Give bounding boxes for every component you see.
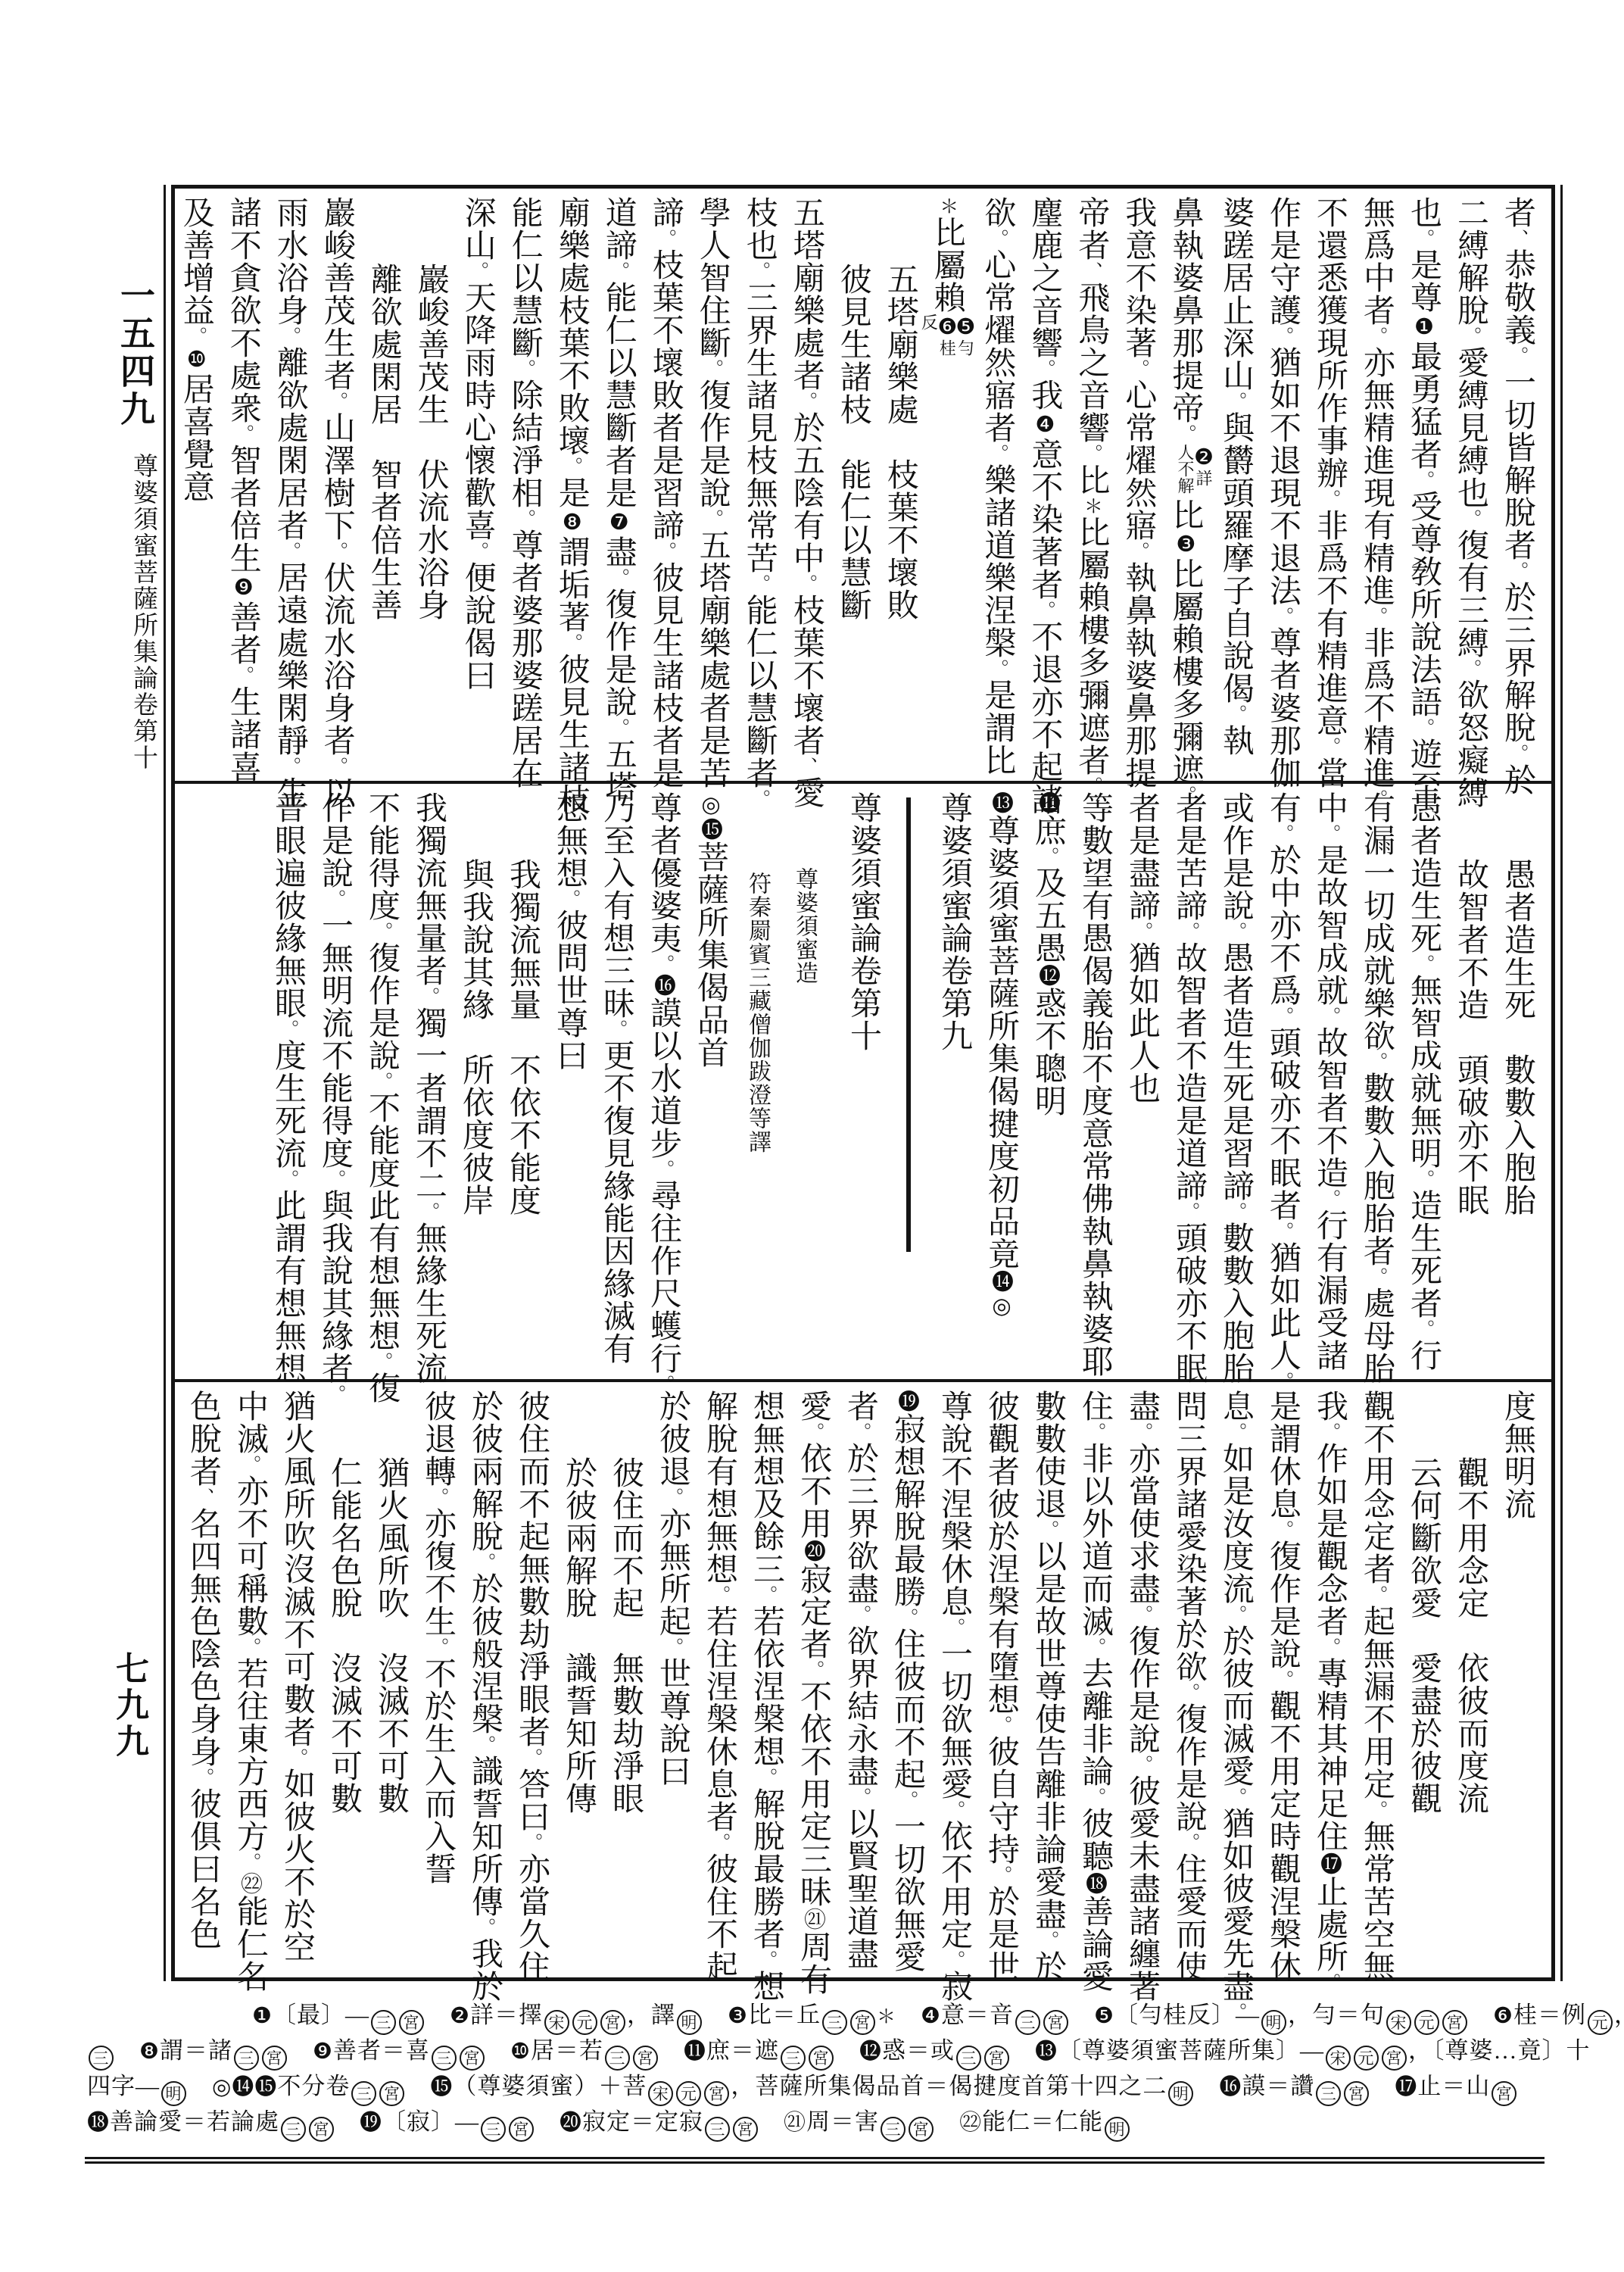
punctuation: 。 <box>1367 1267 1387 1287</box>
margin-volume-title: 尊婆須蜜菩薩所集論卷第十 <box>126 453 161 771</box>
edition-siglum: 三 <box>89 2046 114 2071</box>
text-column-verse: 猶火風所吹 沒滅不可數 <box>367 1390 414 1973</box>
punctuation: 。 <box>468 541 488 561</box>
text-column-normal: 盡。亦當使求盡。復作是說。彼愛未盡諸纏著 <box>1118 1390 1165 1973</box>
punctuation: 。 <box>750 574 770 594</box>
text-band-middle: 愚者造生死 數數入胞胎故智者不造 頭破亦不眠愚者造生死。無智成就無明。造生死者。… <box>175 784 1551 1379</box>
edition-siglum: 宮 <box>1442 2010 1467 2035</box>
text-column-normal: 雨水浴身。離欲處閑居者。居遠處樂閑靜。生 <box>267 196 313 776</box>
text-column-normal: 尊婆須蜜論卷第九 <box>930 791 977 1375</box>
edition-siglum: 三 <box>1015 2010 1040 2035</box>
punctuation: 。 <box>419 1202 439 1222</box>
text-column-normal: 及善增益。❿居喜覺意 <box>173 196 220 776</box>
edition-siglum: 三 <box>351 2081 376 2106</box>
footnote-marker: ◎ <box>989 1293 1013 1319</box>
edition-siglum: 明 <box>1105 2117 1130 2142</box>
footnote-marker: ⓭ <box>989 791 1013 814</box>
punctuation: 。 <box>1179 1833 1199 1852</box>
punctuation: 。 <box>233 424 254 444</box>
text-column-normal: 者是苦諦。故智者不造是道諦。頭破亦不眠 <box>1165 791 1212 1375</box>
margin-folio-number: 七九九 <box>104 1651 153 1760</box>
text-column-normal: 也。是尊❶最勇猛者。受尊敎所說法語。遊至 <box>1400 196 1447 776</box>
footnote-marker: ⓴ <box>801 1540 825 1562</box>
text-column-verse: 五塔廟樂處 枝葉不壞敗 <box>877 196 924 776</box>
footnote-apparatus: ❶〔最〕—三宮 ❷詳＝擇宋元宮，譯明 ❸比＝丘三宮＊ ❹意＝音三宮 ❺〔勻桂反〕… <box>87 1999 1547 2142</box>
text-column-verse: 於彼兩解脫 識誓知所傳 <box>555 1390 602 1973</box>
punctuation: 。 <box>1320 1637 1340 1657</box>
punctuation: 。 <box>850 1605 871 1624</box>
edition-siglum: 宮 <box>1344 2081 1369 2106</box>
text-column-normal: 數數使退。以是故世尊使告離非論愛盡。於 <box>1024 1390 1071 1973</box>
footnote-marker: ㉑ <box>784 2111 806 2135</box>
footnote-marker: ❼ <box>606 509 631 535</box>
page-frame: 者、恭敬義。一切皆解脫者。於三界解脫。於二縛解脫。愛縛見縛也。復有三縛。欲怒癡縛… <box>171 185 1555 1981</box>
edition-siglum: 元 <box>1588 2010 1613 2035</box>
punctuation: 。 <box>756 1768 777 1787</box>
punctuation: 。 <box>1128 359 1149 379</box>
edition-siglum: 宮 <box>1043 2010 1068 2035</box>
punctuation: 。 <box>796 574 817 594</box>
punctuation: 。 <box>1128 541 1149 561</box>
text-column-verse: 云何斷欲愛 愛盡於彼觀 <box>1400 1390 1447 1973</box>
punctuation: 。 <box>1507 346 1528 366</box>
edition-siglum: 宮 <box>379 2081 404 2106</box>
text-column-normal: 欲。心常燿然寤者。樂諸道樂涅槃。是謂比 <box>974 196 1021 776</box>
edition-siglum: 宮 <box>1492 2081 1516 2106</box>
punctuation: 。 <box>1367 607 1387 626</box>
text-column-normal: 普眼遍彼緣無眼。度生死流。此謂有想無想 <box>264 791 311 1375</box>
footnote-marker: ❿ <box>510 2039 531 2064</box>
punctuation: 。 <box>468 261 488 281</box>
punctuation: 。 <box>709 1833 730 1852</box>
text-column-normal: 中滅。亦不可稱數。若往東方西方。㉒能仁名 <box>226 1390 273 1973</box>
punctuation: 。 <box>1273 1222 1293 1241</box>
punctuation: 。 <box>240 1637 260 1657</box>
punctuation: 。 <box>419 987 439 1006</box>
punctuation: 。 <box>1226 1202 1246 1222</box>
punctuation: 。 <box>186 326 207 346</box>
punctuation: 。 <box>991 1865 1011 1885</box>
footnote-marker: ❷ <box>1191 444 1215 470</box>
footnote-marker: ◎ <box>698 791 722 818</box>
text-column-normal: 彼退轉。亦復不生。不於生入而入誓 <box>414 1390 461 1973</box>
punctuation: 。 <box>1226 922 1246 941</box>
edition-siglum: 宋 <box>1386 2010 1411 2035</box>
text-column-normal: 不能得度。復作是說。不能度此有想無想。復 <box>358 791 405 1375</box>
footnote-row: 四字—明 ◎⓮⓯不分卷三宮 ⓯（尊婆須蜜）＋菩宋元宮，菩薩所集偈品首＝偈揵度首第… <box>87 2071 1547 2106</box>
text-column-normal: 有漏一切成就樂欲。數數入胞胎者。處母胎 <box>1353 791 1400 1375</box>
text-column-normal: 麈鹿之音響。我❹意不染著者。不退亦不起諸 <box>1021 196 1068 776</box>
footnote-marker: ㉒ <box>238 1872 262 1895</box>
edition-siglum: 宋 <box>1326 2046 1351 2071</box>
footnote-marker: ⓰ <box>1219 2075 1242 2099</box>
footnote-marker: ◎ <box>212 2075 232 2099</box>
footnote-marker: ⓭ <box>1035 2039 1058 2064</box>
text-column-normal: 愛。依不用⓴寂定者。不依不用定三昧㉑周有 <box>790 1390 837 1973</box>
punctuation: 。 <box>1367 1052 1387 1072</box>
punctuation: 。 <box>515 359 535 379</box>
text-column-normal: 道諦。能仁以慧斷者是❼盡。復作是說。五塔 <box>595 196 642 776</box>
punctuation: 。 <box>850 1787 871 1807</box>
punctuation: 。 <box>522 1833 542 1852</box>
punctuation: 。 <box>515 509 535 529</box>
text-column-normal: 等數望有愚偈義胎不度意常佛執鼻執婆耶 <box>1071 791 1118 1375</box>
punctuation: 。 <box>897 1790 918 1810</box>
inline-gloss: ❺勻❻桂反 <box>934 314 974 368</box>
punctuation: 。 <box>240 1852 260 1872</box>
punctuation: 。 <box>1367 1800 1387 1820</box>
text-column-normal: 有。於中亦不爲。頭破亦不眠者。猶如此人。 <box>1259 791 1306 1375</box>
footnote-marker: ❹ <box>1032 411 1056 438</box>
punctuation: 。 <box>1320 489 1340 509</box>
punctuation: 。 <box>325 1169 345 1189</box>
edition-siglum: 宮 <box>909 2117 934 2142</box>
punctuation: 。 <box>609 718 629 738</box>
punctuation: 。 <box>1179 922 1199 941</box>
footnote-marker: ❸ <box>1173 531 1197 557</box>
punctuation: 。 <box>278 1019 298 1039</box>
punctuation: 。 <box>327 757 348 776</box>
margin-volume-page-number: 一五四九 <box>111 277 161 429</box>
punctuation: 。 <box>1320 1189 1340 1209</box>
edition-siglum: 三 <box>432 2046 457 2071</box>
punctuation: 。 <box>991 1715 1011 1735</box>
punctuation: 。 <box>703 509 723 529</box>
text-column-translator: 符秦罽賓三藏僧伽跋澄等譯 <box>734 791 781 1375</box>
text-band-middle-columns: 愚者造生死 數數入胞胎故智者不造 頭破亦不眠愚者造生死。無智成就無明。造生死者。… <box>181 791 1541 1375</box>
punctuation: 。 <box>278 1169 298 1189</box>
edition-siglum: 宮 <box>600 2010 625 2035</box>
edition-siglum: 宮 <box>509 2117 534 2142</box>
text-column-normal: 帝者、飛鳥之音響。比＊比屬賴樓多彌遮者。 <box>1068 196 1114 776</box>
text-column-normal: 愚者造生死。無智成就無明。造生死者。行 <box>1400 791 1447 1375</box>
text-column-normal: 二縛解脫。愛縛見縛也。復有三縛。欲怒癡縛 <box>1447 196 1494 776</box>
text-band-top: 者、恭敬義。一切皆解脫者。於三界解脫。於二縛解脫。愛縛見縛也。復有三縛。欲怒癡縛… <box>175 189 1551 781</box>
punctuation: 。 <box>609 568 629 588</box>
text-column-normal: ◎⓯菩薩所集偈品首 <box>687 791 734 1375</box>
punctuation: 。 <box>1414 718 1434 738</box>
punctuation: 。 <box>703 359 723 379</box>
text-column-normal: ⓳寂想解脫最勝。住彼而不起。一切欲無愛 <box>884 1390 930 1973</box>
asterisk-marker: ＊ <box>937 196 958 216</box>
edition-siglum: 元 <box>676 2081 701 2106</box>
text-column-normal: 解脫有想無想。若住涅槃休息者。彼住不起 <box>696 1390 743 1973</box>
punctuation: 。 <box>475 1553 495 1572</box>
punctuation: 。 <box>240 1455 260 1475</box>
text-column-normal: 者、恭敬義。一切皆解脫者。於三界解脫。於 <box>1494 196 1541 776</box>
footnote-marker: ⓬ <box>859 2039 882 2064</box>
text-column-normal: 尊說不涅槃休息。一切欲無愛。依不用定。寂 <box>930 1390 977 1973</box>
edition-siglum: 宮 <box>262 2046 287 2071</box>
text-column-verse: 故智者不造 頭破亦不眠 <box>1447 791 1494 1375</box>
punctuation: 。 <box>1034 601 1055 620</box>
text-column-normal: 中。是故智成就。故智者不造。行有漏受諸 <box>1306 791 1353 1375</box>
punctuation: 。 <box>606 1019 627 1039</box>
edition-siglum: 三 <box>281 2117 306 2142</box>
punctuation: 。 <box>233 666 254 685</box>
asterisk-marker: ＊ <box>1081 496 1102 516</box>
punctuation: 。 <box>562 633 582 653</box>
edition-siglum: 宮 <box>1382 2046 1407 2071</box>
text-column-verse: 觀不用念定 依彼而度流 <box>1447 1390 1494 1973</box>
text-column-kan-title: 尊婆須蜜論卷第十 <box>840 791 887 1375</box>
punctuation: 。 <box>1507 744 1528 763</box>
text-column-normal: 不還悉獲現所作事辦。非爲不有精進意。當 <box>1306 196 1353 776</box>
footnote-marker: ⓰ <box>651 974 675 997</box>
punctuation: 。 <box>987 444 1008 463</box>
punctuation: 。 <box>1414 954 1434 974</box>
text-column-normal: 於彼退。亦無所起。世尊說曰 <box>649 1390 696 1973</box>
punctuation: 。 <box>803 1422 824 1442</box>
edition-siglum: 宮 <box>704 2081 729 2106</box>
punctuation: 。 <box>475 1918 495 1937</box>
text-band-bottom: 度無明流觀不用念定 依彼而度流云何斷欲愛 愛盡於彼觀觀不用念定者。起無漏不用定。… <box>175 1382 1551 1977</box>
punctuation: 。 <box>662 1637 683 1657</box>
text-column-normal: 或作是說。愚者造生死是習諦。數數入胞胎 <box>1212 791 1259 1375</box>
punctuation: 。 <box>944 1950 965 1970</box>
punctuation: 。 <box>1226 704 1246 724</box>
punctuation: 。 <box>987 659 1008 679</box>
punctuation: 。 <box>372 922 392 941</box>
text-column-normal: ⓭尊婆須蜜菩薩所集偈揵度初品竟⓮◎ <box>977 791 1024 1375</box>
edition-siglum: 三 <box>705 2117 730 2142</box>
punctuation: 。 <box>1320 737 1340 757</box>
footnote-row: 三 ❽謂＝諸三宮 ❾善者＝喜三宮 ❿居＝若三宮 ⓫庶＝遮三宮 ⓬惑＝或三宮 ⓭〔… <box>87 2035 1547 2071</box>
footnote-marker: ⓯ <box>430 2075 453 2099</box>
punctuation: 。 <box>662 1487 683 1507</box>
edition-siglum: 三 <box>956 2046 981 2071</box>
edition-siglum: 元 <box>1414 2010 1439 2035</box>
text-column-author: 尊婆須蜜造 <box>781 791 828 1375</box>
text-column-normal: 彼住而不起無數劫淨眼者。答曰。亦當久住 <box>508 1390 555 1973</box>
punctuation: 。 <box>756 1950 777 1970</box>
footnote-marker: ⓫ <box>684 2039 706 2064</box>
punctuation: 。 <box>280 757 301 776</box>
punctuation: 。 <box>1414 229 1434 248</box>
text-column-normal: 是謂休息。復作是說。觀不用定時觀涅槃休 <box>1259 1390 1306 1973</box>
punctuation: 。 <box>1414 1169 1434 1189</box>
edition-siglum: 宋 <box>544 2010 569 2035</box>
text-column-verse: 仁能名色脫 沒滅不可數 <box>320 1390 367 1973</box>
text-column-verse: 愚者造生死 數數入胞胎 <box>1494 791 1541 1375</box>
edition-siglum: 元 <box>572 2010 597 2035</box>
punctuation: 。 <box>1085 1787 1105 1807</box>
punctuation: 。 <box>750 261 770 281</box>
punctuation: 。 <box>1460 659 1481 679</box>
footnote-marker: ❶ <box>252 2004 273 2028</box>
punctuation: 。 <box>1038 847 1058 866</box>
text-column-normal: ⓫庶。及五愚⓬惑不聰明 <box>1024 791 1071 1375</box>
punctuation: 、 <box>796 757 817 776</box>
footnote-marker: ❺ <box>1094 2004 1114 2028</box>
punctuation: 。 <box>327 541 348 561</box>
punctuation: 。 <box>796 392 817 411</box>
edition-siglum: 宮 <box>633 2046 658 2071</box>
punctuation: 。 <box>756 1585 777 1605</box>
punctuation: 。 <box>850 1422 871 1442</box>
text-column-normal: 於彼兩解脫。於彼般涅槃。識誓知所傳。我於 <box>461 1390 508 1973</box>
footnote-marker: ❸ <box>728 2004 748 2028</box>
punctuation: 。 <box>193 1768 214 1787</box>
punctuation: 。 <box>1226 392 1246 411</box>
punctuation: 。 <box>1414 470 1434 490</box>
footnote-marker: ⓲ <box>87 2111 110 2135</box>
punctuation: 。 <box>1081 444 1102 463</box>
text-column-normal: 我意不染著。心常燿然寤。執鼻執婆鼻那提 <box>1114 196 1161 776</box>
footnote-marker: ⓲ <box>1083 1872 1107 1895</box>
text-band-top-columns: 者、恭敬義。一切皆解脫者。於三界解脫。於二縛解脫。愛縛見縛也。復有三縛。欲怒癡縛… <box>181 196 1541 776</box>
text-column-normal: 婆蹉居止深山。與欝頭羅摩子自說偈。執 <box>1212 196 1259 776</box>
punctuation: 。 <box>1226 1605 1246 1624</box>
punctuation: 。 <box>1179 1683 1199 1702</box>
punctuation: 、 <box>193 1487 214 1507</box>
edition-siglum: 明 <box>1261 2010 1286 2035</box>
footnote-marker: ❽ <box>560 509 584 535</box>
punctuation: 。 <box>1273 1520 1293 1540</box>
footnote-marker: ❾ <box>231 574 255 601</box>
punctuation: 。 <box>280 326 301 346</box>
footnote-marker: ⓮ <box>989 1270 1013 1293</box>
text-column-normal: 住。非以外道而滅。去離非論。彼聽⓲善論愛 <box>1071 1390 1118 1973</box>
edition-siglum: 三 <box>822 2010 847 2035</box>
punctuation: 。 <box>1034 359 1055 379</box>
edition-siglum: 宮 <box>460 2046 485 2071</box>
text-column-normal: 深山。天降雨時心懷歡喜。便說偈曰 <box>454 196 501 776</box>
text-column-normal: 作是守護。猶如不退現不退法。尊者婆那伽 <box>1259 196 1306 776</box>
edition-siglum: 三 <box>881 2117 906 2142</box>
punctuation: 。 <box>1273 1670 1293 1690</box>
punctuation: 。 <box>1273 824 1293 844</box>
footnote-row: ❶〔最〕—三宮 ❷詳＝擇宋元宮，譯明 ❸比＝丘三宮＊ ❹意＝音三宮 ❺〔勻桂反〕… <box>87 1999 1547 2035</box>
footnote-marker: ⓯ <box>698 818 722 841</box>
punctuation: 。 <box>1085 1637 1105 1657</box>
footnote-marker: ㉑ <box>801 1908 825 1930</box>
footnote-marker: ❷ <box>450 2004 470 2028</box>
punctuation: 。 <box>1460 509 1481 529</box>
text-column-normal: 尊者優婆夷。⓰謨以水道步。尋往作尺蠖行。 <box>640 791 687 1375</box>
footnote-marker: ❿ <box>184 346 208 373</box>
text-column-normal: 鼻執婆鼻那提帝。❷詳人不解比❸比屬賴樓多彌遮。 <box>1161 196 1212 776</box>
edition-siglum: 宮 <box>399 2010 424 2035</box>
edition-siglum: 明 <box>161 2081 186 2106</box>
footnote-marker: ❹ <box>921 2004 941 2028</box>
text-column-normal: 廟樂處枝葉不敗壞。是❽謂垢著。彼見生諸枝 <box>548 196 595 776</box>
footnote-marker: ❻ <box>934 314 959 339</box>
punctuation: 。 <box>1367 1585 1387 1605</box>
text-column-normal: 度無明流 <box>1494 1390 1541 1973</box>
footnote-row: ⓲善論愛＝若論處三宮 ⓳〔寂〕—三宮 ⓴寂定＝定寂三宮 ㉑周＝害三宮 ㉒能仁＝仁… <box>87 2106 1547 2142</box>
punctuation: 。 <box>1175 424 1195 444</box>
edition-siglum: 宮 <box>733 2117 758 2142</box>
punctuation: 。 <box>560 889 580 909</box>
text-column-normal: 我獨流無量者。獨一者謂不二。無緣生死流 <box>405 791 452 1375</box>
punctuation: 。 <box>803 1660 824 1680</box>
text-column-normal: 乃至入有想三昧。更不復見緣能因緣滅有 <box>593 791 640 1375</box>
edition-siglum: 宮 <box>309 2117 334 2142</box>
text-column-normal: 者是盡諦。猶如此人也 <box>1118 791 1165 1375</box>
footnote-marker: ⓳ <box>360 2111 382 2135</box>
edition-siglum: 宮 <box>850 2010 875 2035</box>
edition-siglum: 宮 <box>984 2046 1009 2071</box>
punctuation: 。 <box>897 1608 918 1628</box>
text-column-verse: 與我說其緣 所依度彼岸 <box>452 791 499 1375</box>
text-column-normal: 學人智住斷。復作是說。五塔廟樂處者是苦 <box>689 196 736 776</box>
text-column-verse: 我獨流無量 不依不能度 <box>499 791 546 1375</box>
edition-siglum: 三 <box>234 2046 259 2071</box>
punctuation: 。 <box>656 229 676 248</box>
footnote-marker: ⓴ <box>560 2111 582 2135</box>
punctuation: 。 <box>1132 1755 1152 1774</box>
punctuation: 。 <box>1179 1202 1199 1222</box>
text-column-normal: 息。如是汝度流。於彼而滅愛。猶如彼愛先盡。 <box>1212 1390 1259 1973</box>
punctuation: 。 <box>653 1159 674 1179</box>
edition-siglum: 元 <box>1354 2046 1379 2071</box>
page-bottom-double-rule <box>85 2157 1545 2164</box>
punctuation: 。 <box>562 457 582 476</box>
text-column-normal: 想無想。彼問世尊曰 <box>546 791 593 1375</box>
punctuation: 。 <box>1226 1422 1246 1442</box>
footnote-marker: ❻ <box>1493 2004 1513 2028</box>
text-column-normal: 能仁以慧斷。除結淨相。尊者婆那婆蹉居在 <box>501 196 548 776</box>
punctuation: 。 <box>1320 1006 1340 1026</box>
punctuation: 。 <box>1038 1930 1058 1950</box>
punctuation: 。 <box>944 1800 965 1820</box>
juan-divider-rule <box>906 797 911 1252</box>
punctuation: 、 <box>1507 229 1528 248</box>
punctuation: 。 <box>1320 1422 1340 1442</box>
punctuation: 。 <box>1132 1605 1152 1624</box>
punctuation: 。 <box>1367 326 1387 346</box>
footnote-marker: ⓱ <box>1395 2075 1417 2099</box>
edition-siglum: 三 <box>1316 2081 1341 2106</box>
punctuation: 。 <box>327 392 348 411</box>
punctuation: 。 <box>287 1748 307 1768</box>
text-column-normal: 彼觀者彼於涅槃有墮想。彼自守持。於是世 <box>977 1390 1024 1973</box>
edition-siglum: 宮 <box>809 2046 834 2071</box>
punctuation: 。 <box>1273 326 1293 346</box>
punctuation: 。 <box>609 261 629 281</box>
footnote-marker: ⓳ <box>895 1390 919 1412</box>
footnote-marker: ❾ <box>313 2039 333 2064</box>
text-column-normal: 五塔廟樂處者。於五陰有中。枝葉不壞者、愛 <box>783 196 830 776</box>
edition-siglum: 明 <box>677 2010 702 2035</box>
punctuation: 。 <box>1132 1422 1152 1442</box>
punctuation: 。 <box>1132 922 1152 941</box>
edition-siglum: 明 <box>1168 2081 1193 2106</box>
punctuation: 。 <box>1038 1520 1058 1540</box>
text-column-normal: 者。於三界欲盡。欲界結永盡。以賢聖道盡 <box>837 1390 884 1973</box>
punctuation: 。 <box>1085 1422 1105 1442</box>
asterisk-marker: ＊ <box>877 2007 896 2027</box>
punctuation: 。 <box>709 1585 730 1605</box>
edition-siglum: 三 <box>481 2117 506 2142</box>
punctuation: 。 <box>372 1352 392 1372</box>
punctuation: 。 <box>656 541 676 561</box>
text-column-normal: 問三界諸愛染著於欲。復作是說。住愛而使 <box>1165 1390 1212 1973</box>
punctuation: 。 <box>1507 561 1528 581</box>
punctuation: 。 <box>1414 1319 1434 1339</box>
text-column-verse: 離欲處閑居 智者倍生善 <box>360 196 407 776</box>
punctuation: 。 <box>325 889 345 909</box>
footnote-marker: ❶ <box>1411 314 1435 340</box>
edition-siglum: 三 <box>371 2010 396 2035</box>
text-band-bottom-columns: 度無明流觀不用念定 依彼而度流云何斷欲愛 愛盡於彼觀觀不用念定者。起無漏不用定。… <box>181 1390 1541 1973</box>
punctuation: 。 <box>944 1618 965 1637</box>
footnote-marker: ㉒ <box>959 2111 982 2135</box>
text-column-normal: 作是說。一無明流不能得度。與我說其緣者。 <box>311 791 358 1375</box>
edition-siglum: 三 <box>781 2046 806 2071</box>
text-column-normal: 枝也。三界生諸見枝無常苦。能仁以慧斷者。 <box>736 196 783 776</box>
